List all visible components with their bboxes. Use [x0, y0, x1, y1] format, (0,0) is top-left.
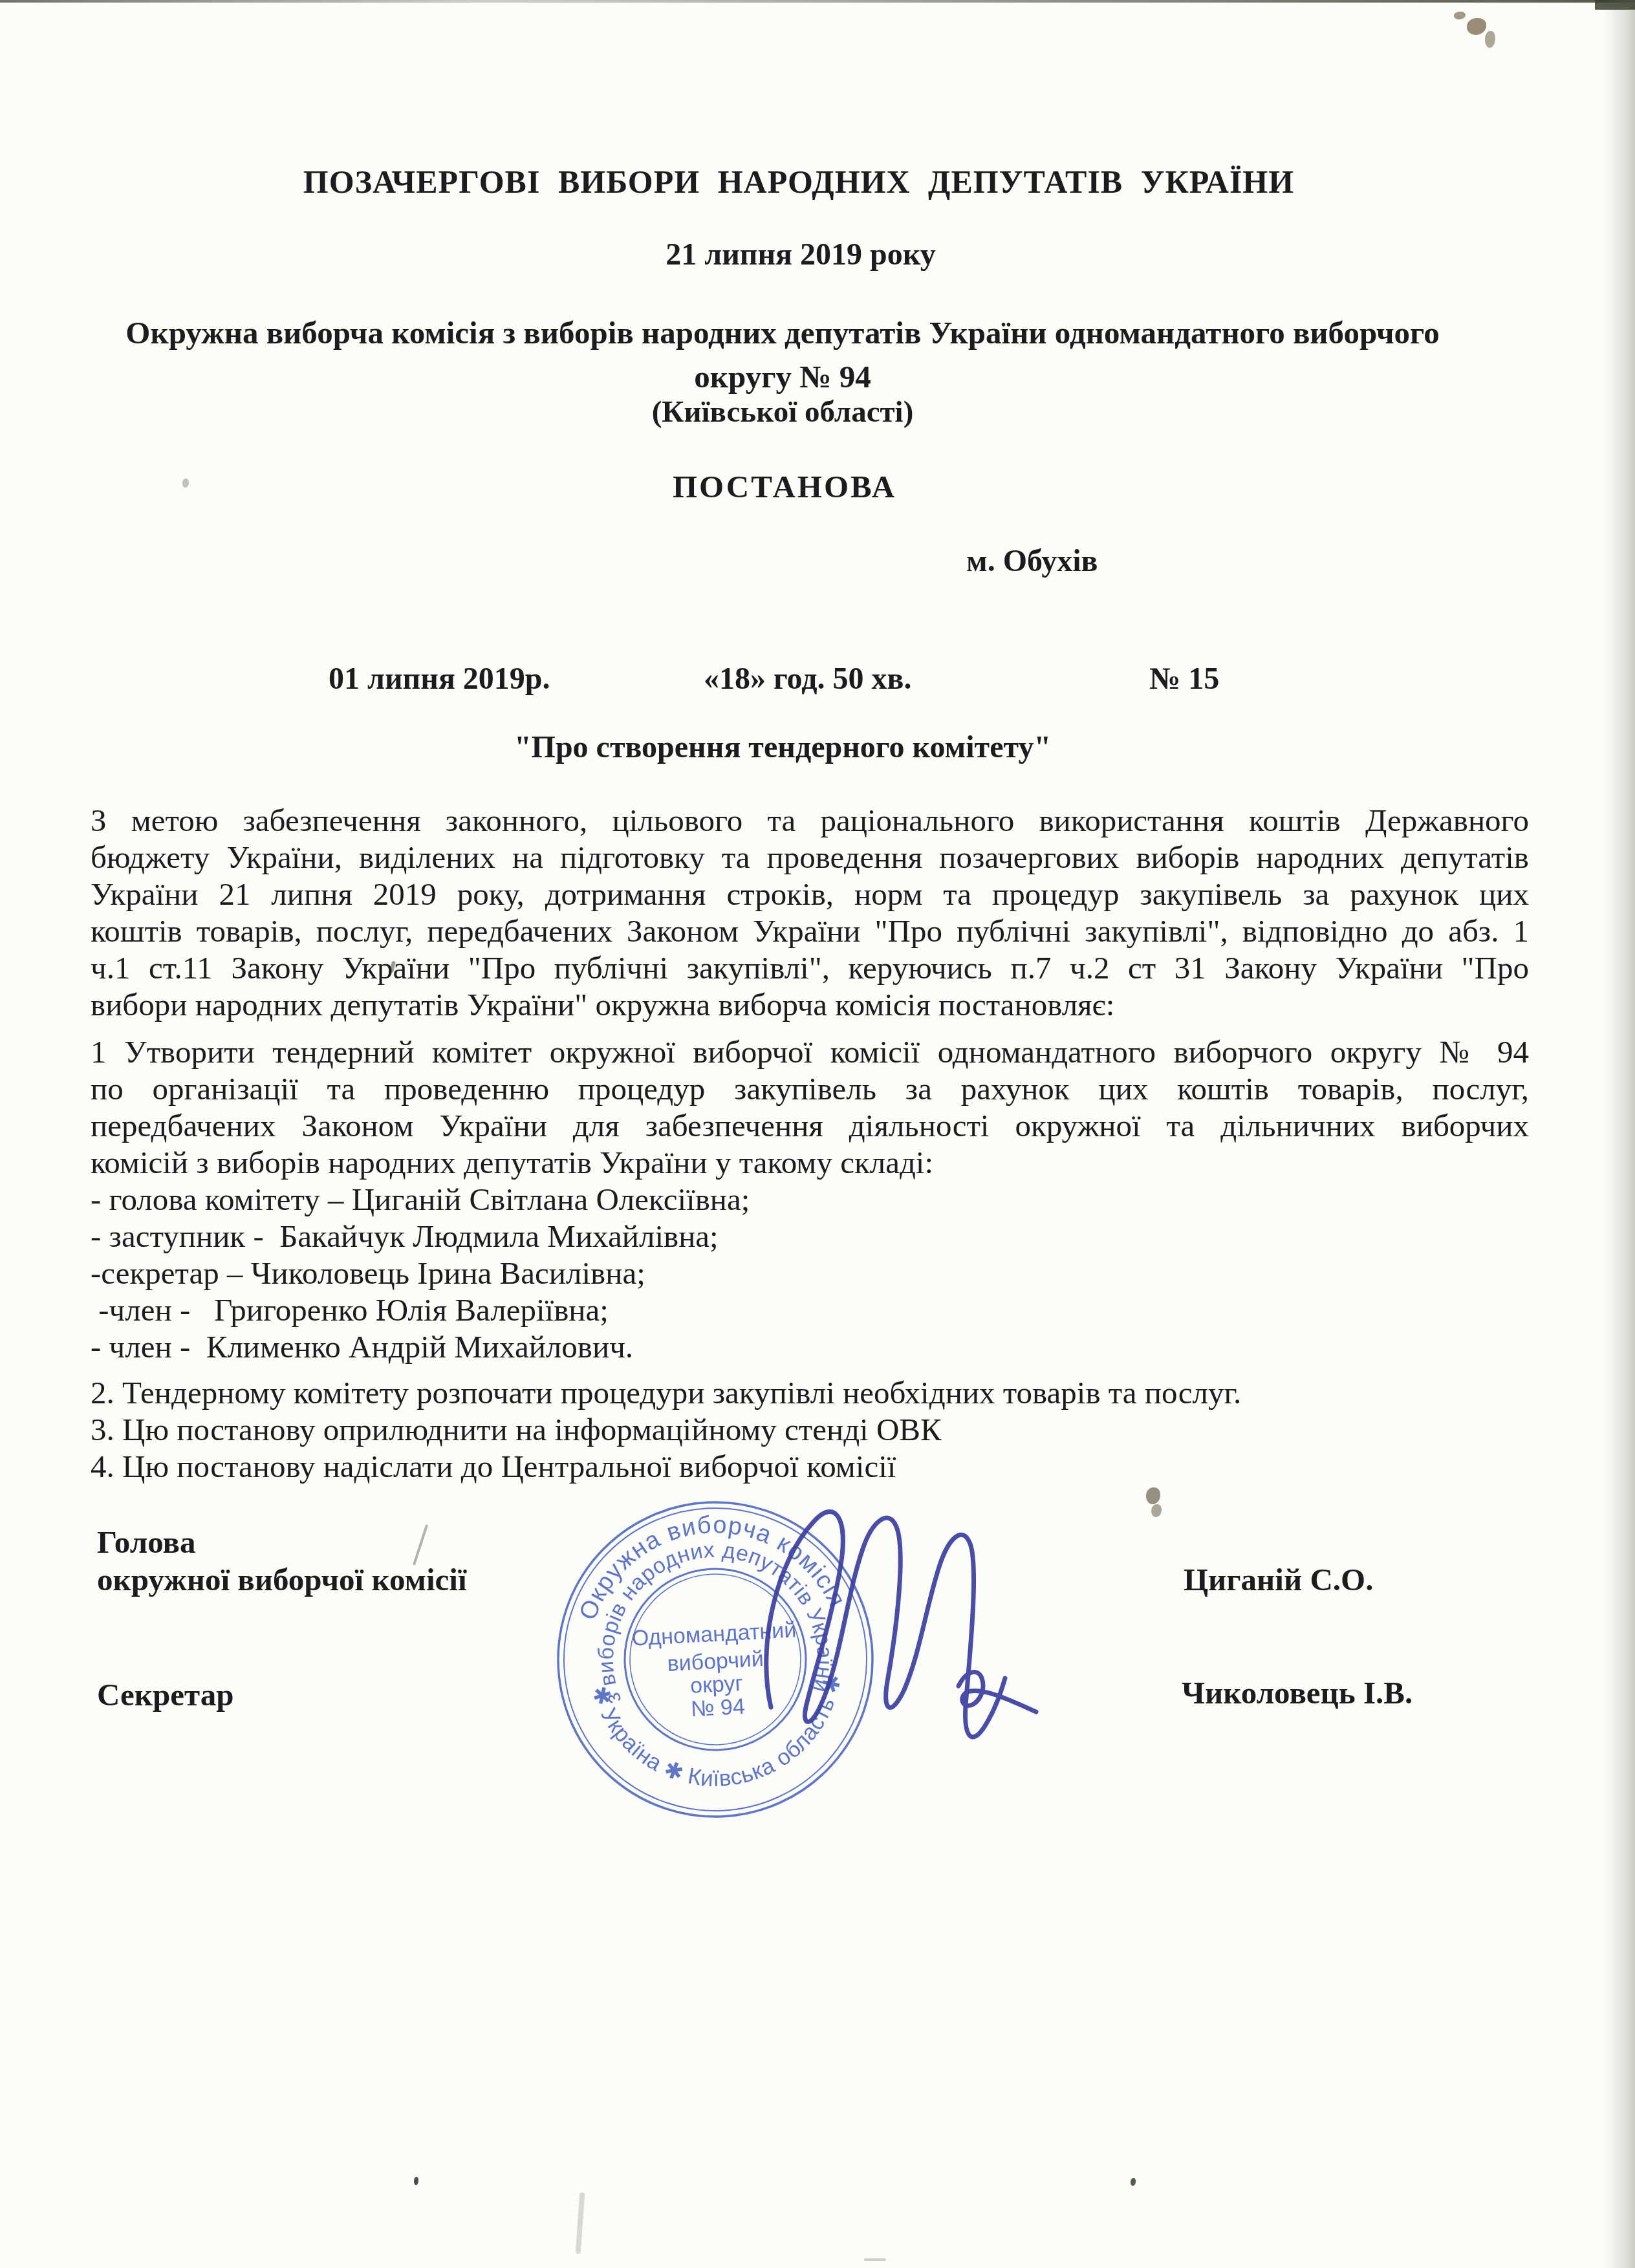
- region-line: (Київської області): [0, 394, 1565, 429]
- scan-speck: [1485, 31, 1495, 48]
- scan-streak: [576, 2192, 585, 2254]
- resolution-number: № 15: [1149, 661, 1219, 697]
- resolution-date: 01 липня 2019р.: [329, 661, 550, 697]
- list-item: 2. Тендерному комітету розпочати процеду…: [91, 1374, 1529, 1411]
- body-line: З метою забезпечення законного, цільовог…: [91, 802, 1529, 839]
- chair-name: Циганій С.О.: [1184, 1561, 1373, 1598]
- body-text: З метою забезпечення законного, цільовог…: [91, 802, 1529, 1485]
- list-item: 4. Цю постанову надіслати до Центральної…: [91, 1448, 1529, 1485]
- subject-line: "Про створення тендерного комітету": [0, 729, 1565, 765]
- document-type: ПОСТАНОВА: [0, 468, 1569, 505]
- committee-list: - голова комітету – Циганій Світлана Оле…: [91, 1181, 1529, 1485]
- body-line: передбачених Законом України для забезпе…: [91, 1107, 1529, 1144]
- scan-speck: [1131, 2178, 1136, 2186]
- stamp-center-line4: № 94: [690, 1694, 746, 1722]
- list-item: -член - Григоренко Юлія Валеріївна;: [91, 1291, 1529, 1328]
- body-line: коштів товарів, послуг, передбачених Зак…: [91, 913, 1529, 949]
- scan-speck: [1151, 1504, 1162, 1517]
- secretary-name: Чиколовець І.В.: [1182, 1674, 1413, 1711]
- body-line: України 21 липня 2019 року, дотримання с…: [91, 876, 1529, 913]
- body-line: бюджету України, виділених на підготовку…: [91, 839, 1529, 876]
- scan-streak: [864, 2258, 886, 2261]
- scan-top-edge: [0, 0, 1635, 3]
- paragraph-1: З метою забезпечення законного, цільовог…: [91, 802, 1529, 1023]
- chair-title: Голова окружної виборчої комісії: [97, 1524, 467, 1599]
- list-item: - заступник - Бакайчук Людмила Михайлівн…: [91, 1218, 1529, 1255]
- list-item: -секретар – Чиколовець Ірина Василівна;: [91, 1255, 1529, 1291]
- commission-name-line2: округу № 94: [0, 358, 1565, 395]
- election-date: 21 липня 2019 року: [0, 237, 1601, 272]
- secretary-title: Секретар: [97, 1676, 233, 1714]
- scan-speck: [414, 2177, 418, 2185]
- list-item: - член - Клименко Андрій Михайлович.: [91, 1328, 1529, 1365]
- scan-speck: [1467, 18, 1486, 35]
- resolution-time: «18» год. 50 хв.: [704, 661, 911, 697]
- scanned-document-page: ПОЗАЧЕРГОВІ ВИБОРИ НАРОДНИХ ДЕПУТАТІВ УК…: [0, 0, 1635, 2268]
- body-line: ч.1 ст.11 Закону України "Про публічні з…: [91, 949, 1529, 986]
- paragraph-2: 1 Утворити тендерний комітет окружної ви…: [91, 1033, 1529, 1181]
- city-line: м. Обухів: [966, 543, 1098, 579]
- handwritten-signature: [744, 1484, 1080, 1782]
- chair-title-line2: окружної виборчої комісії: [97, 1561, 467, 1599]
- list-item: - голова комітету – Циганій Світлана Оле…: [91, 1181, 1529, 1218]
- commission-name-line1: Окружна виборча комісія з виборів народн…: [0, 314, 1565, 351]
- list-item: 3. Цю постанову оприлюднити на інформаці…: [91, 1411, 1529, 1448]
- scan-speck: [1146, 1487, 1160, 1504]
- document-title: ПОЗАЧЕРГОВІ ВИБОРИ НАРОДНИХ ДЕПУТАТІВ УК…: [0, 163, 1597, 200]
- scan-right-edge: [1604, 0, 1635, 2268]
- body-line: по організації та проведенню процедур за…: [91, 1070, 1529, 1107]
- body-line: 1 Утворити тендерний комітет окружної ви…: [91, 1033, 1529, 1070]
- body-line: комісій з виборів народних депутатів Укр…: [91, 1144, 1529, 1181]
- scan-corner-chip: [1595, 0, 1635, 10]
- body-line: вибори народних депутатів України" окруж…: [91, 986, 1529, 1023]
- scan-speck: [1454, 12, 1466, 19]
- signature-ink-icon: [744, 1484, 1080, 1782]
- chair-title-line1: Голова: [97, 1524, 467, 1561]
